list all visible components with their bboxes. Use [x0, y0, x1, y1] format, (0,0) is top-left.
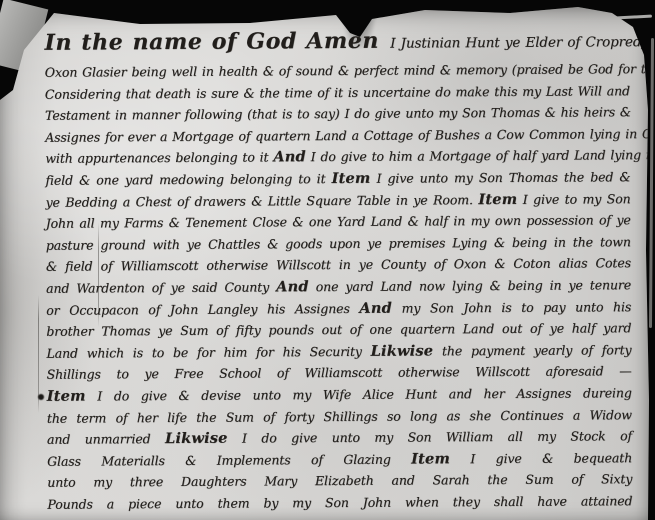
page-stack-edge-right: [649, 38, 654, 328]
manuscript-line: Oxon Glasier being well in health & of s…: [45, 58, 630, 83]
manuscript-line: Item I do give & devise unto my Wife Ali…: [47, 382, 632, 407]
manuscript-line: and Wardenton of ye said County And one …: [46, 274, 631, 299]
manuscript-line: Pounds a piece unto them by my Son John …: [47, 490, 632, 515]
ink-blot: [38, 394, 44, 400]
manuscript-photo: In the name of God Amen I Justinian Hunt…: [0, 0, 655, 520]
manuscript-line: field & one yard medowing belonging to i…: [45, 166, 630, 191]
manuscript-text: In the name of God Amen I Justinian Hunt…: [44, 24, 632, 520]
opening-phrase: In the name of God Amen: [45, 28, 386, 56]
manuscript-line: In the name of God Amen I Justinian Hunt…: [44, 24, 629, 62]
manuscript-page: In the name of God Amen I Justinian Hunt…: [0, 0, 655, 520]
manuscript-line: brother Thomas ye Sum of fifty pounds ou…: [46, 317, 631, 342]
manuscript-line: and unmarried Likwise I do give unto my …: [47, 425, 632, 450]
